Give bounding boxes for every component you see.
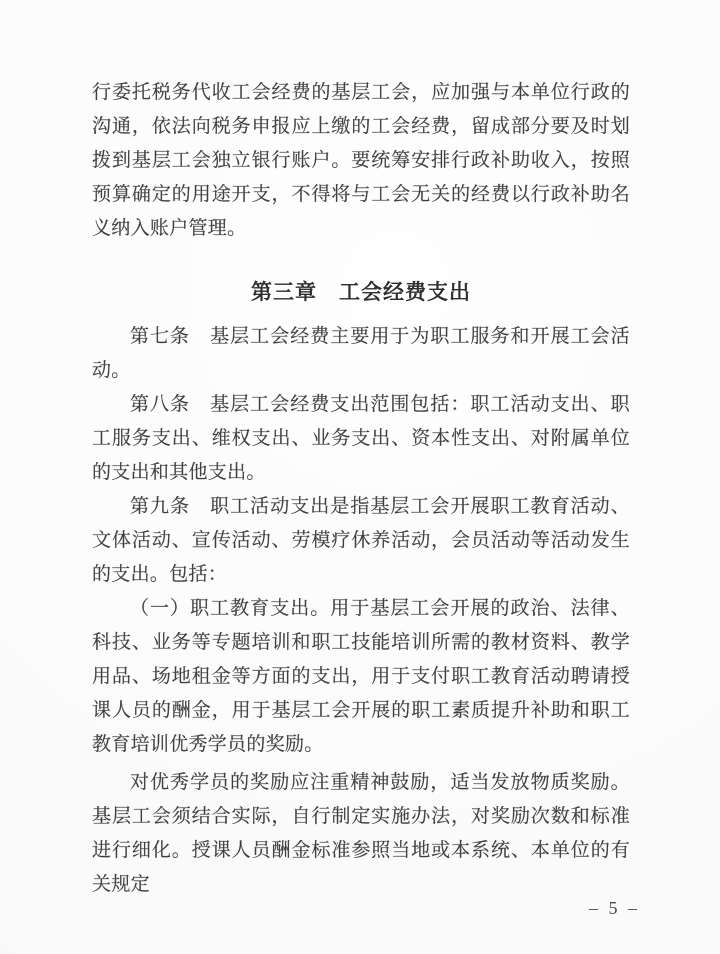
chapter-heading: 第三章 工会经费支出 [92,276,630,310]
page-number: – 5 – [589,896,640,920]
body-paragraph-article-8: 第八条 基层工会经费支出范围包括：职工活动支出、职工服务支出、维权支出、业务支出… [92,388,630,490]
body-paragraph-article-7: 第七条 基层工会经费主要用于为职工服务和开展工会活动。 [92,320,630,388]
body-paragraph-awards: 对优秀学员的奖励应注重精神鼓励，适当发放物质奖励。基层工会须结合实际，自行制定实… [92,766,630,902]
body-paragraph-article-9: 第九条 职工活动支出是指基层工会开展职工教育活动、文体活动、宣传活动、劳模疗休养… [92,490,630,592]
body-paragraph-continuation: 行委托税务代收工会经费的基层工会，应加强与本单位行政的沟通，依法向税务申报应上缴… [92,76,630,246]
body-paragraph-item-1: （一）职工教育支出。用于基层工会开展的政治、法律、科技、业务等专题培训和职工技能… [92,592,630,762]
document-page: 行委托税务代收工会经费的基层工会，应加强与本单位行政的沟通，依法向税务申报应上缴… [0,0,720,954]
